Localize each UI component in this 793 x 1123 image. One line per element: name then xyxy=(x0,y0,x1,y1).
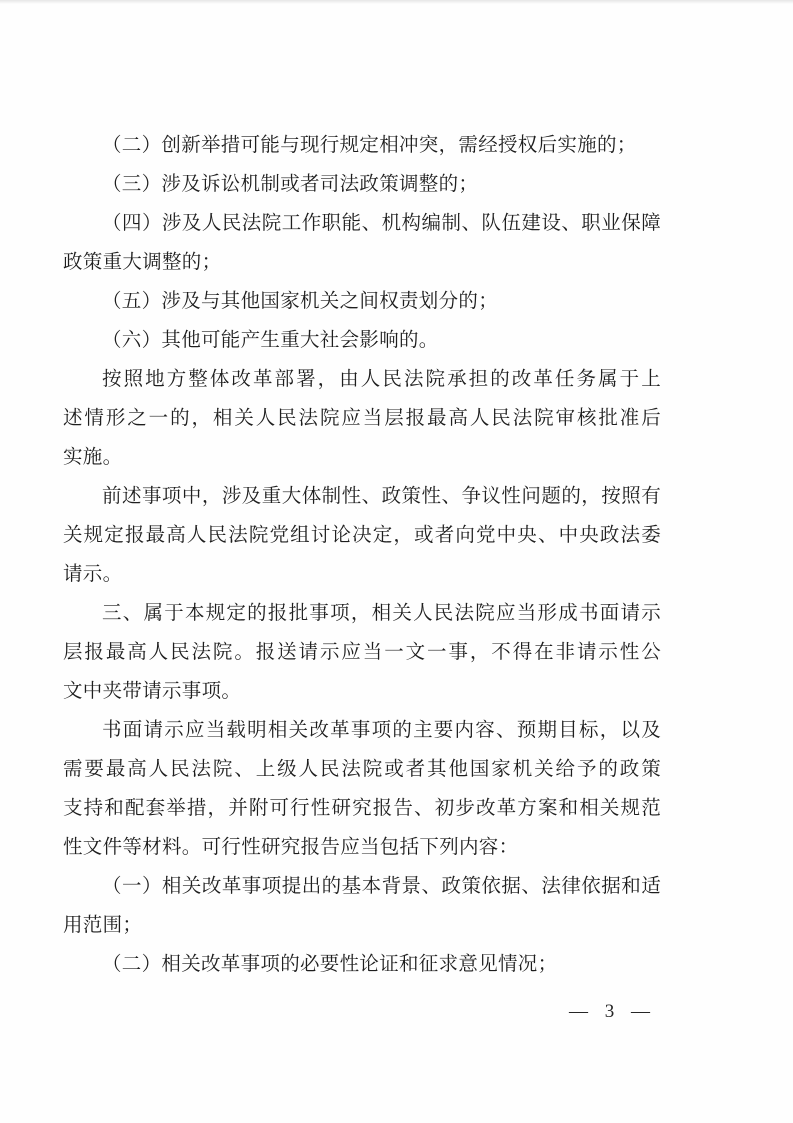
text-line: 需要最高人民法院、上级人民法院或者其他国家机关给予的政策 xyxy=(63,750,661,789)
scan-edge-artifact xyxy=(0,0,793,4)
text-line: （二）创新举措可能与现行规定相冲突，需经授权后实施的； xyxy=(63,126,661,165)
text-line: 三、属于本规定的报批事项，相关人民法院应当形成书面请示 xyxy=(63,594,661,633)
text-line: （四）涉及人民法院工作职能、机构编制、队伍建设、职业保障 xyxy=(63,204,661,243)
document-text-body: （二）创新举措可能与现行规定相冲突，需经授权后实施的； （三）涉及诉讼机制或者司… xyxy=(63,126,661,984)
text-line: （一）相关改革事项提出的基本背景、政策依据、法律依据和适 xyxy=(63,867,661,906)
text-line: （三）涉及诉讼机制或者司法政策调整的； xyxy=(63,165,661,204)
page-number: — 3 — xyxy=(554,997,666,1027)
text-line: 性文件等材料。可行性研究报告应当包括下列内容： xyxy=(63,828,661,867)
text-line: 实施。 xyxy=(63,438,661,477)
text-line: 述情形之一的，相关人民法院应当层报最高人民法院审核批准后 xyxy=(63,399,661,438)
text-line: 文中夹带请示事项。 xyxy=(63,672,661,711)
text-line: 用范围； xyxy=(63,906,661,945)
text-line: 请示。 xyxy=(63,555,661,594)
document-page: （二）创新举措可能与现行规定相冲突，需经授权后实施的； （三）涉及诉讼机制或者司… xyxy=(0,0,793,1123)
text-line: 层报最高人民法院。报送请示应当一文一事，不得在非请示性公 xyxy=(63,633,661,672)
text-line: （六）其他可能产生重大社会影响的。 xyxy=(63,321,661,360)
text-line: 书面请示应当载明相关改革事项的主要内容、预期目标，以及 xyxy=(63,711,661,750)
text-line: 前述事项中，涉及重大体制性、政策性、争议性问题的，按照有 xyxy=(63,477,661,516)
text-line: （五）涉及与其他国家机关之间权责划分的； xyxy=(63,282,661,321)
text-line: （二）相关改革事项的必要性论证和征求意见情况； xyxy=(63,945,661,984)
text-line: 按照地方整体改革部署，由人民法院承担的改革任务属于上 xyxy=(63,360,661,399)
text-line: 关规定报最高人民法院党组讨论决定，或者向党中央、中央政法委 xyxy=(63,516,661,555)
text-line: 政策重大调整的； xyxy=(63,243,661,282)
text-line: 支持和配套举措，并附可行性研究报告、初步改革方案和相关规范 xyxy=(63,789,661,828)
